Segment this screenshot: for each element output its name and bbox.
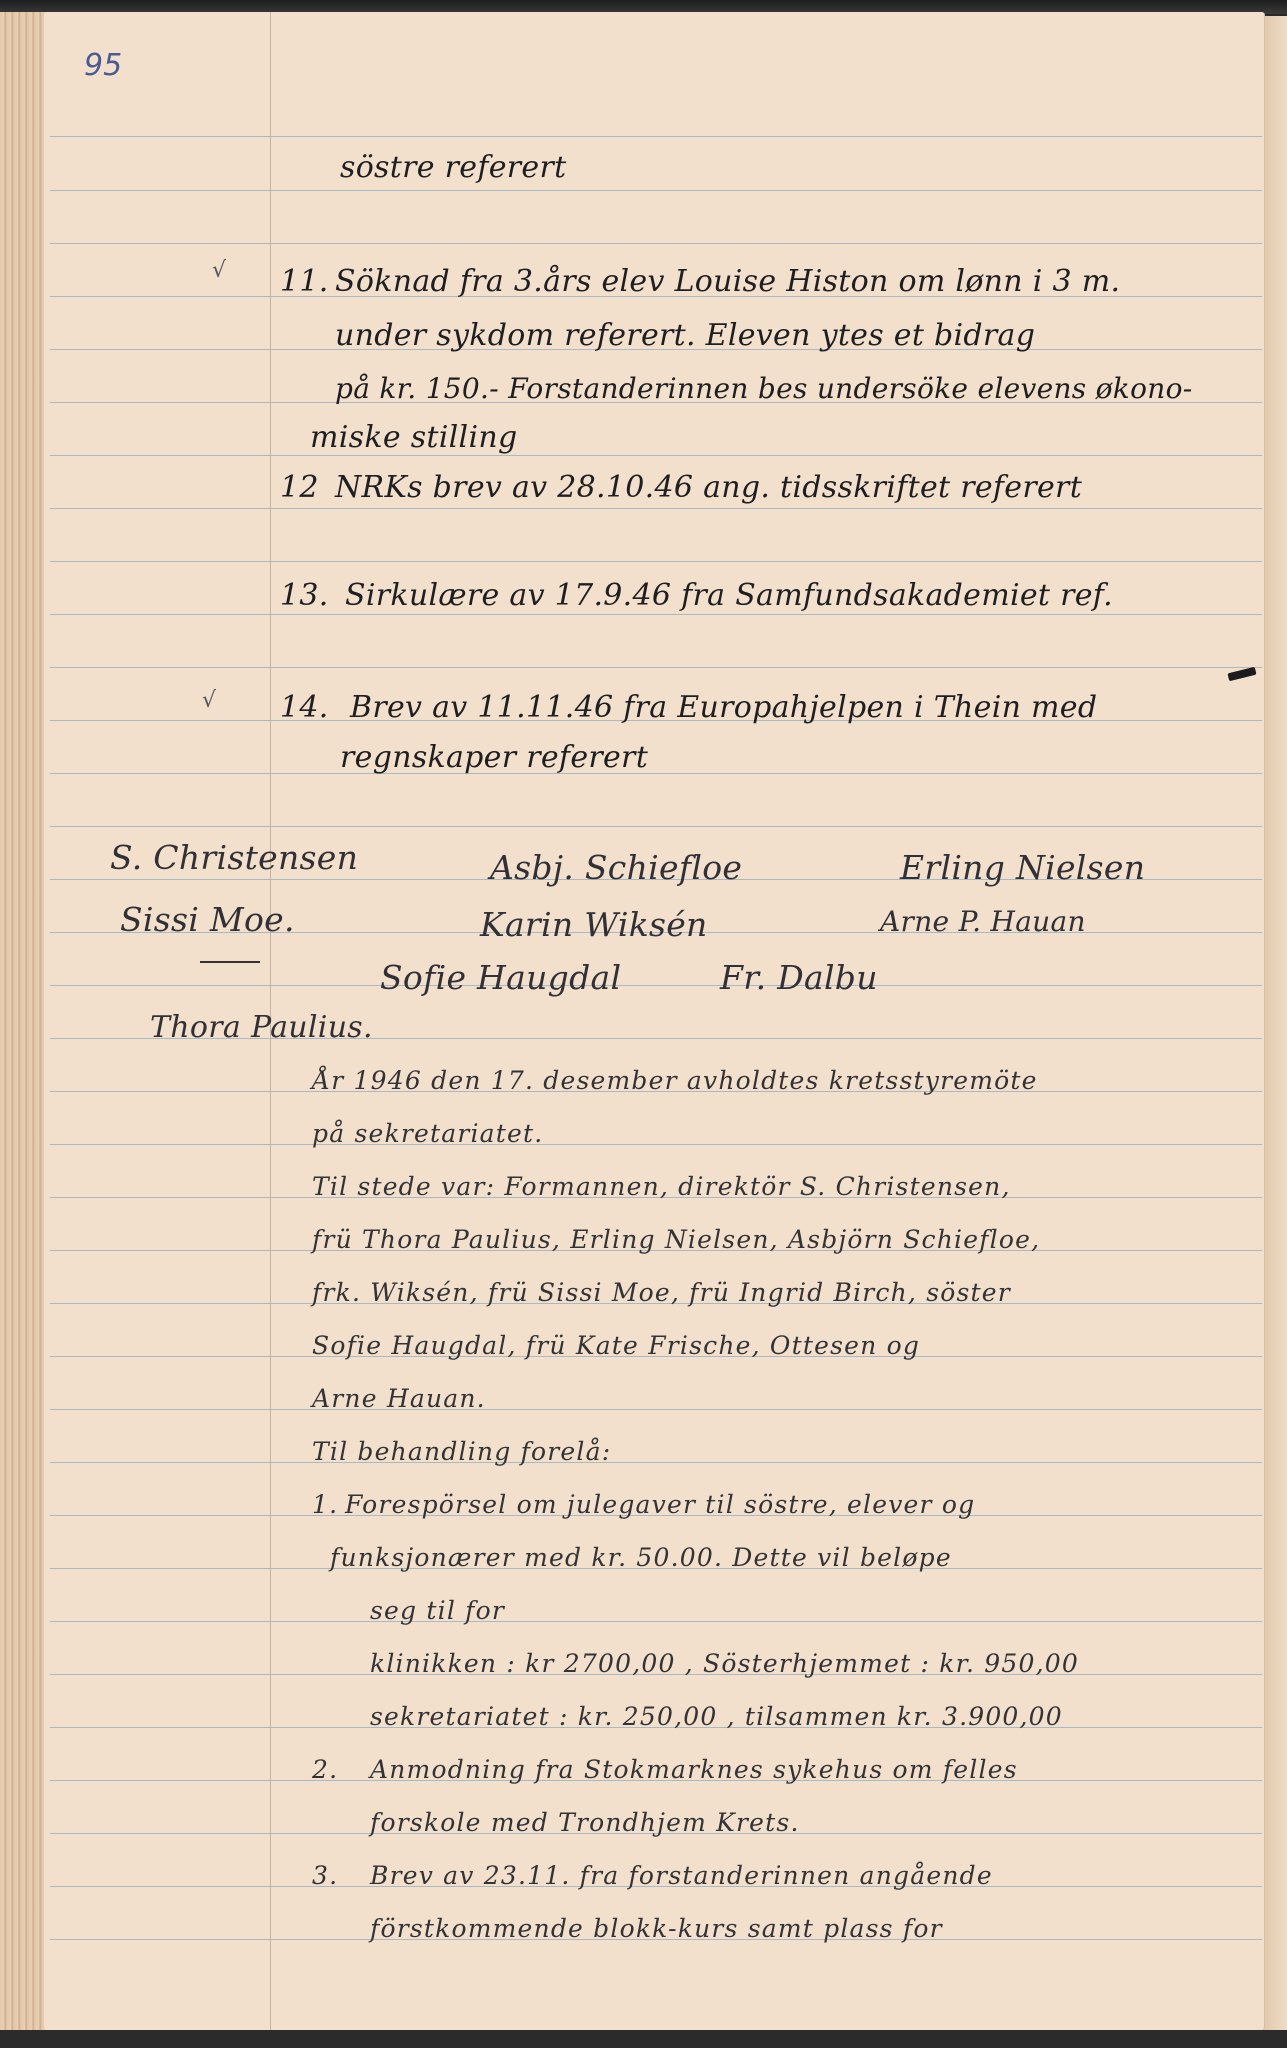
carryover-text: söstre referert <box>340 150 566 185</box>
minutes-line: Arne Hauan. <box>312 1384 486 1413</box>
signature: Asbj. Schiefloe <box>490 848 742 887</box>
item-number: 13. <box>280 578 329 613</box>
agenda-line: Forespörsel om julegaver til söstre, ele… <box>345 1490 975 1519</box>
signature-dash <box>200 961 260 963</box>
ruled-line <box>50 667 1262 668</box>
item-line: under sykdom referert. Eleven ytes et bi… <box>335 318 1035 353</box>
ruled-line <box>50 985 1262 986</box>
agenda-line: förstkommende blokk-kurs samt plass for <box>370 1914 943 1943</box>
agenda-number: 3. <box>312 1861 338 1890</box>
agenda-line: Anmodning fra Stokmarknes sykehus om fel… <box>370 1755 1018 1784</box>
item-line: Söknad fra 3.års elev Louise Histon om l… <box>335 264 1120 299</box>
ruled-line <box>50 136 1262 137</box>
item-line: regnskaper referert <box>340 740 648 775</box>
signature: Fr. Dalbu <box>720 958 878 997</box>
ruled-line <box>50 1621 1262 1622</box>
ruled-line <box>50 561 1262 562</box>
item-line: NRKs brev av 28.10.46 ang. tidsskriftet … <box>335 470 1082 505</box>
ruled-line <box>50 773 1262 774</box>
check-mark-icon: √ <box>212 258 226 283</box>
signature: S. Christensen <box>110 838 358 877</box>
section-heading: Til behandling forelå: <box>312 1437 611 1466</box>
scan-bottom-edge <box>0 2030 1287 2048</box>
signature: Erling Nielsen <box>900 848 1145 887</box>
check-mark-icon: √ <box>202 688 216 713</box>
ruled-line <box>50 826 1262 827</box>
ruled-line <box>50 243 1262 244</box>
ruled-line <box>50 508 1262 509</box>
agenda-number: 1. <box>312 1490 338 1519</box>
page-number: 95 <box>84 48 122 83</box>
minutes-line: på sekretariatet. <box>312 1119 543 1148</box>
signature: Karin Wiksén <box>480 905 708 944</box>
signature: Arne P. Hauan <box>880 905 1086 938</box>
agenda-line: Brev av 23.11. fra forstanderinnen angåe… <box>370 1861 993 1890</box>
ruled-line <box>50 1462 1262 1463</box>
amount-line: klinikken : kr 2700,00 , Sösterhjemmet :… <box>370 1649 1079 1678</box>
ruled-line <box>50 455 1262 456</box>
ruled-line <box>50 1144 1262 1145</box>
minutes-line: frk. Wiksén, frü Sissi Moe, frü Ingrid B… <box>312 1278 1011 1307</box>
agenda-number: 2. <box>312 1755 338 1784</box>
amount-line: sekretariatet : kr. 250,00 , tilsammen k… <box>370 1702 1063 1731</box>
minutes-line: frü Thora Paulius, Erling Nielsen, Asbjö… <box>312 1225 1040 1254</box>
ruled-line <box>50 1409 1262 1410</box>
item-number: 12 <box>280 470 319 505</box>
signature: Thora Paulius. <box>150 1010 373 1045</box>
ruled-line <box>50 614 1262 615</box>
minutes-line: Sofie Haugdal, frü Kate Frische, Ottesen… <box>312 1331 920 1360</box>
signature: Sofie Haugdal <box>380 958 621 997</box>
agenda-line: funksjonærer med kr. 50.00. Dette vil be… <box>330 1543 952 1572</box>
minutes-line: År 1946 den 17. desember avholdtes krets… <box>312 1066 1038 1095</box>
item-line: miske stilling <box>310 420 517 455</box>
facing-page-edge <box>1262 16 1287 2030</box>
item-line: Brev av 11.11.46 fra Europahjelpen i The… <box>350 690 1097 725</box>
minutes-line: Til stede var: Formannen, direktör S. Ch… <box>312 1172 1011 1201</box>
item-line: på kr. 150.- Forstanderinnen bes undersö… <box>335 372 1192 405</box>
item-number: 11. <box>280 264 329 299</box>
agenda-line: forskole med Trondhjem Krets. <box>370 1808 800 1837</box>
item-line: Sirkulære av 17.9.46 fra Samfundsakademi… <box>345 578 1113 613</box>
item-number: 14. <box>280 690 329 725</box>
ruled-line <box>50 190 1262 191</box>
agenda-line: seg til for <box>370 1596 505 1625</box>
signature: Sissi Moe. <box>120 900 295 939</box>
